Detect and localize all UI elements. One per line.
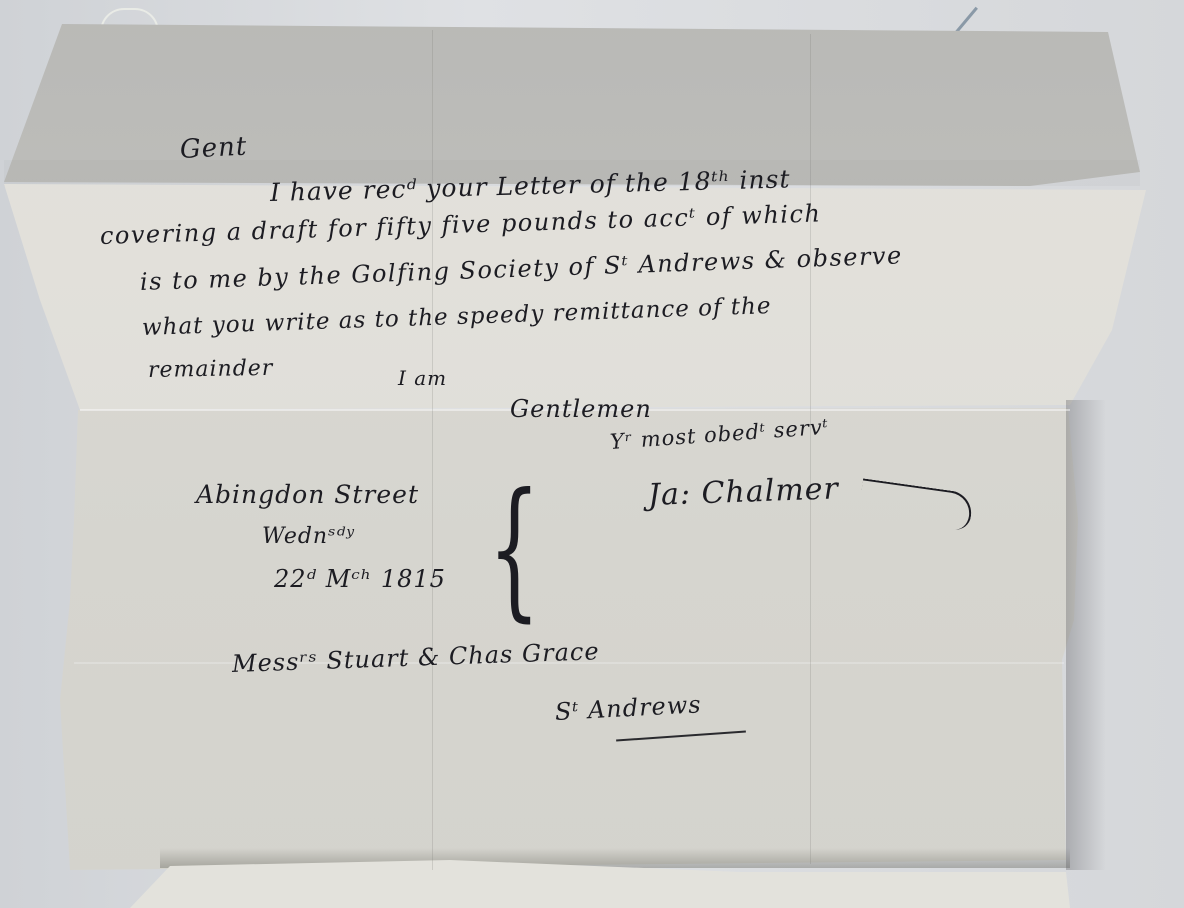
dateline-place: Abingdon Street [196,480,419,509]
curly-brace: { [488,474,540,624]
dateline-date: 22ᵈ Mᶜʰ 1815 [274,565,446,593]
photo-scene: Gent I have recᵈ your Letter of the 18ᵗʰ… [0,0,1184,908]
letter-paper [0,0,1184,908]
vertical-fold-crease [432,30,433,870]
right-edge-shadow [1066,400,1106,870]
vertical-fold-crease [810,34,811,864]
signature: Ja: Chalmer [647,471,839,513]
body-line-5: remainder [148,356,274,383]
dateline-weekday: Wednˢᵈʸ [262,524,355,549]
closing-gentlemen: Gentlemen [510,395,652,423]
closing-i-am: I am [398,366,447,390]
salutation: Gent [179,131,248,164]
